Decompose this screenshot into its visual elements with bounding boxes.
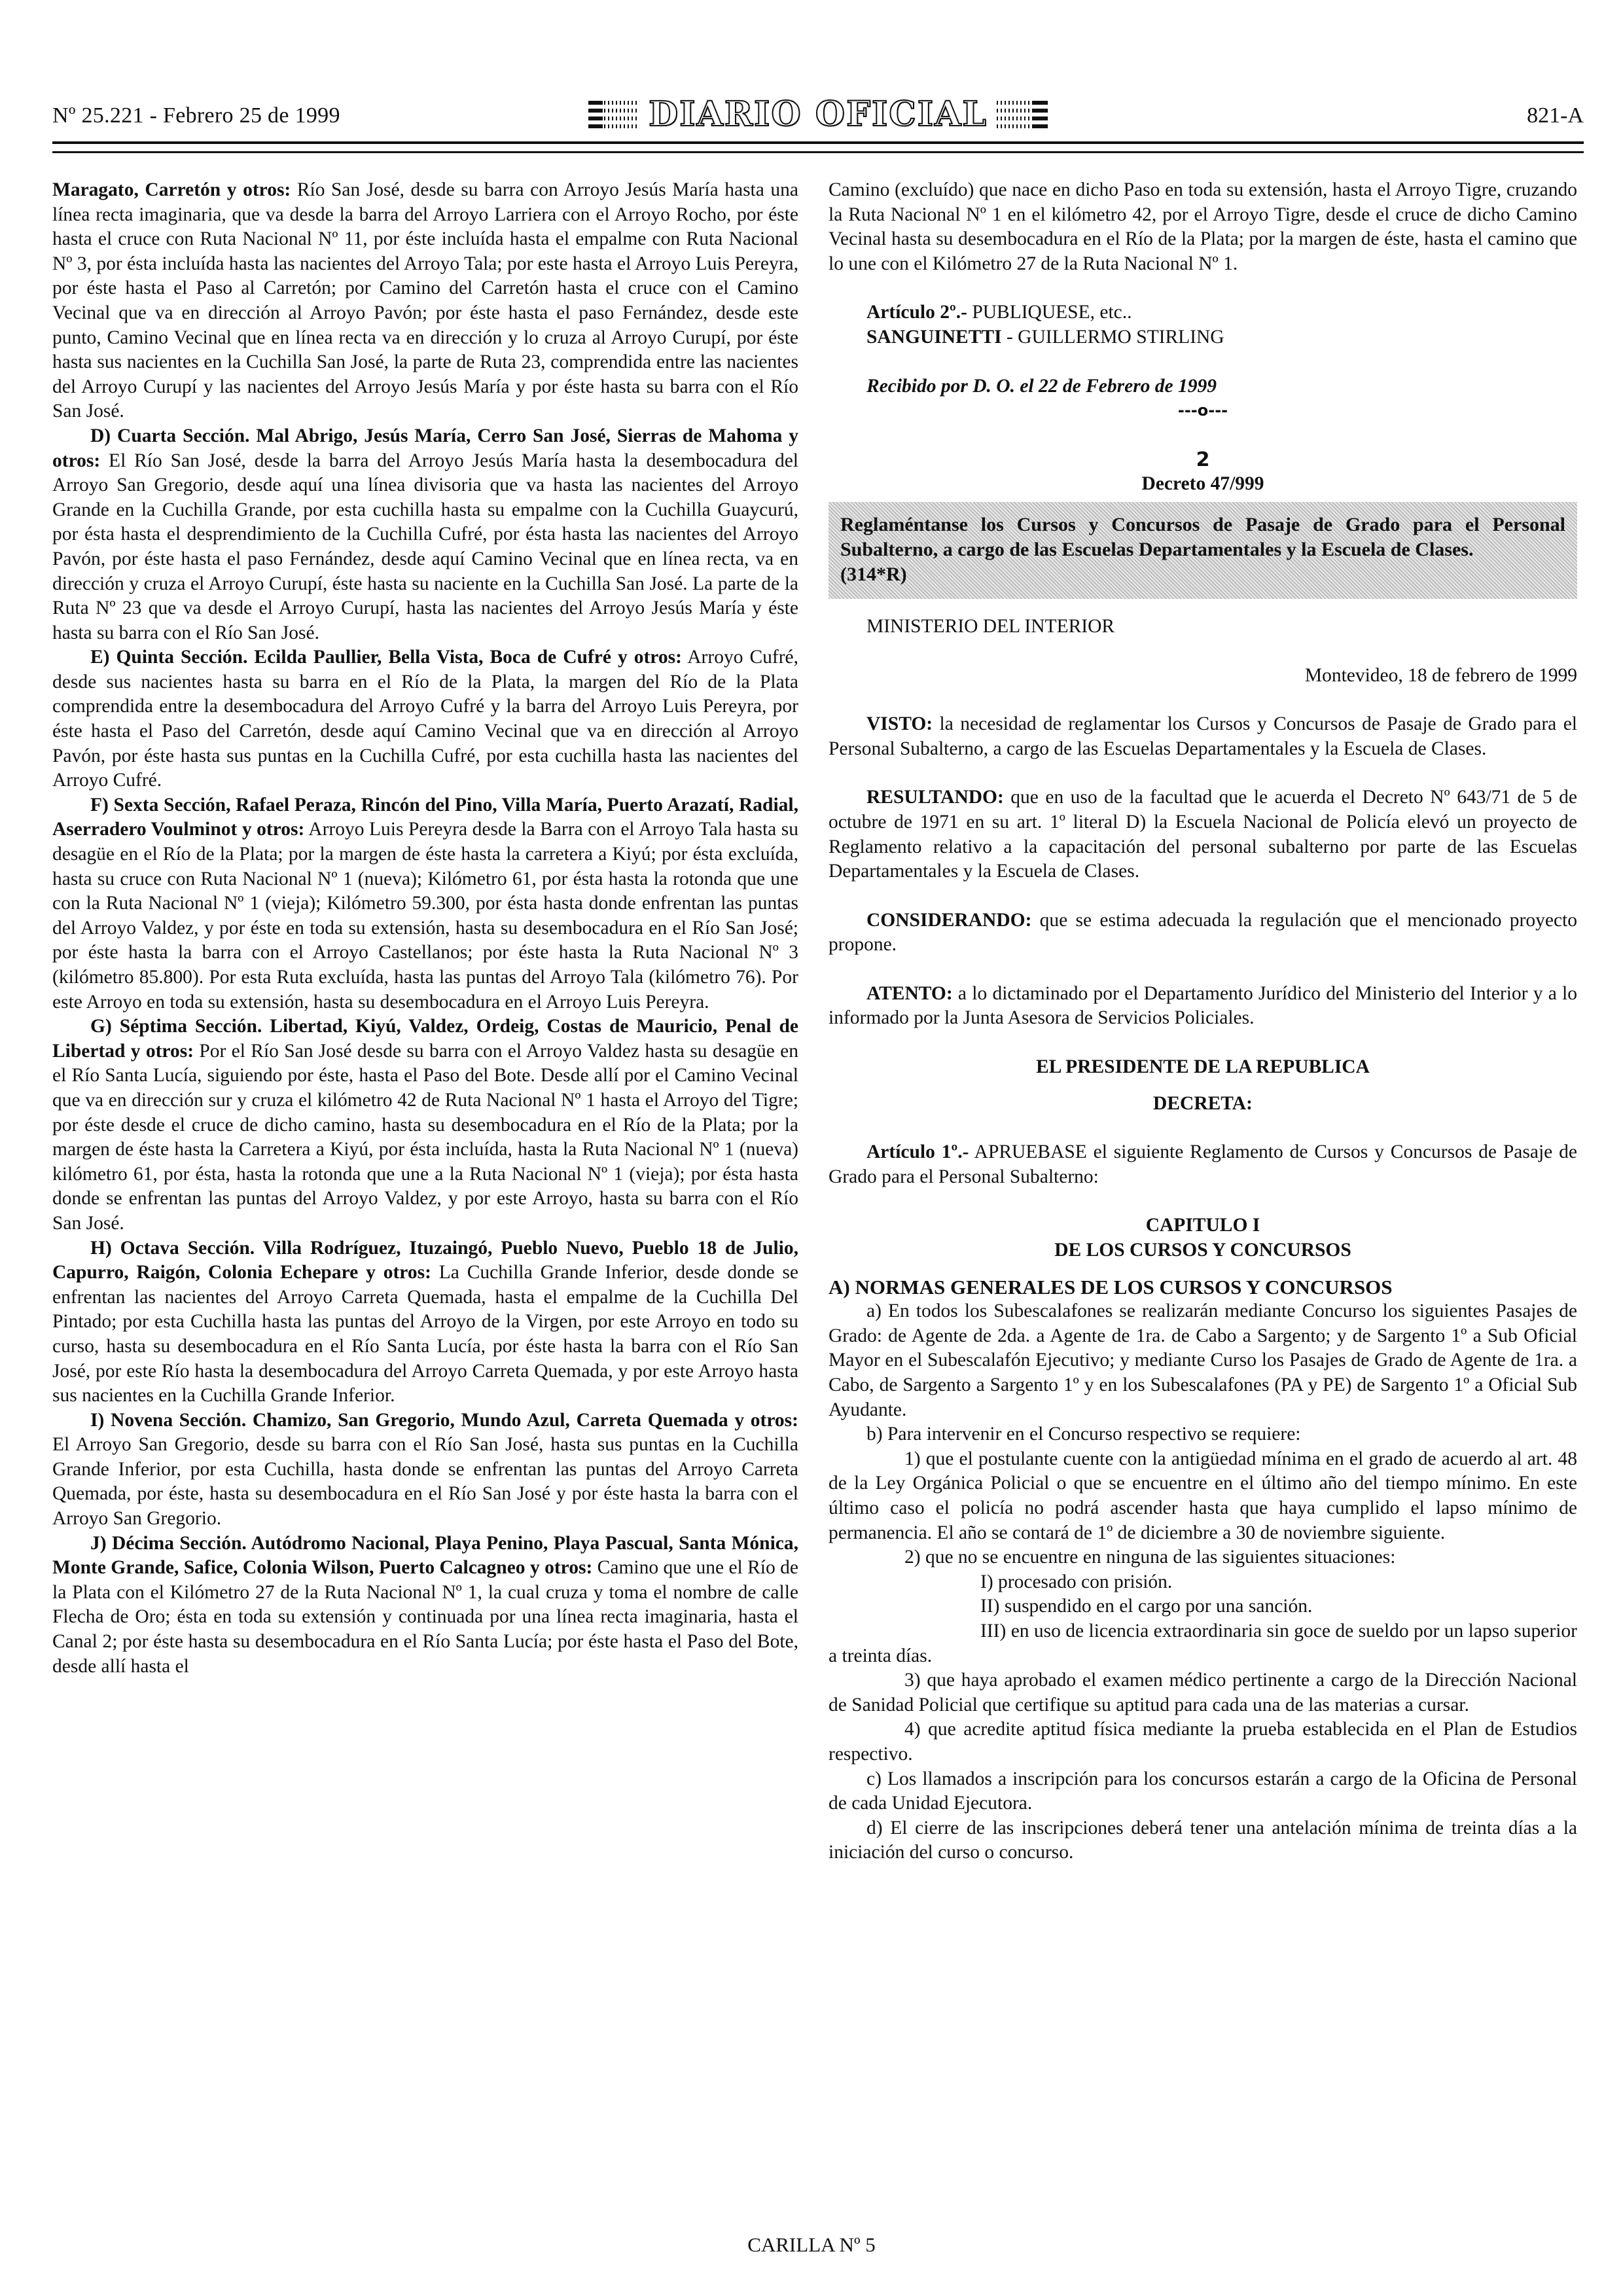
section-body: Río San José, desde su barra con Arroyo … — [52, 179, 798, 422]
section-j-continuation: Camino (excluído) que nace en dicho Paso… — [829, 178, 1577, 276]
section-body: El Arroyo San Gregorio, desde su barra c… — [52, 1434, 798, 1529]
item-d: d) El cierre de las inscripciones deberá… — [829, 1816, 1577, 1865]
requirement-2: 2) que no se encuentre en ninguna de las… — [829, 1545, 1577, 1570]
visto-paragraph: VISTO: la necesidad de reglamentar los C… — [829, 712, 1577, 761]
section-i: I) Novena Sección. Chamizo, San Gregorio… — [52, 1408, 798, 1532]
section-a-heading: A) NORMAS GENERALES DE LOS CURSOS Y CONC… — [829, 1275, 1577, 1300]
decreta-heading: DECRETA: — [829, 1092, 1577, 1117]
signatories: SANGUINETTI - GUILLERMO STIRLING — [829, 325, 1577, 350]
section-c-continuation: Maragato, Carretón y otros: Río San José… — [52, 178, 798, 424]
atento-paragraph: ATENTO: a lo dictaminado por el Departam… — [829, 982, 1577, 1031]
item-b: b) Para intervenir en el Concurso respec… — [829, 1422, 1577, 1447]
separator: ---o--- — [829, 399, 1577, 423]
requirement-3: 3) que haya aprobado el examen médico pe… — [829, 1668, 1577, 1717]
section-body: Por el Río San José desde su barra con e… — [52, 1041, 798, 1234]
section-f: F) Sexta Sección, Rafael Peraza, Rincón … — [52, 793, 798, 1014]
masthead: DIARIO OFICIAL — [588, 94, 1048, 134]
requirement-1: 1) que el postulante cuente con la antig… — [829, 1447, 1577, 1545]
page-number: 821-A — [1527, 103, 1584, 128]
requirement-4: 4) que acredite aptitud física mediante … — [829, 1717, 1577, 1767]
section-e: E) Quinta Sección. Ecilda Paullier, Bell… — [52, 645, 798, 793]
page-header: Nº 25.221 - Febrero 25 de 1999 DIARIO OF… — [52, 98, 1584, 137]
received-note: Recibido por D. O. el 22 de Febrero de 1… — [829, 374, 1577, 399]
visto-label: VISTO: — [866, 713, 933, 734]
item-c: c) Los llamados a inscripción para los c… — [829, 1767, 1577, 1816]
considerando-paragraph: CONSIDERANDO: que se estima adecuada la … — [829, 908, 1577, 958]
decree-summary-box: Reglaméntanse los Cursos y Concursos de … — [829, 502, 1577, 599]
article-body: PUBLIQUESE, etc.. — [967, 302, 1132, 323]
section-heading: I) Novena Sección. Chamizo, San Gregorio… — [90, 1410, 798, 1431]
situation-3: III) en uso de licencia extraordinaria s… — [829, 1619, 1577, 1668]
issue-number-date: Nº 25.221 - Febrero 25 de 1999 — [52, 103, 340, 128]
signatory-minister: - GUILLERMO STIRLING — [1002, 327, 1224, 348]
decree-id: Decreto 47/999 — [829, 472, 1577, 497]
decree-sequence-number: 2 — [829, 448, 1577, 473]
article-label: Artículo 2º.- — [866, 302, 967, 323]
section-heading: Maragato, Carretón y otros: — [52, 179, 291, 200]
situation-2: II) suspendido en el cargo por una sanci… — [829, 1594, 1577, 1619]
section-body: Arroyo Luis Pereyra desde la Barra con e… — [52, 819, 798, 1012]
section-body: El Río San José, desde la barra del Arro… — [52, 450, 798, 643]
decree-summary-code: (314*R) — [840, 562, 1565, 587]
header-rule-thick — [52, 141, 1584, 144]
section-heading: E) Quinta Sección. Ecilda Paullier, Bell… — [90, 647, 682, 668]
ministry: MINISTERIO DEL INTERIOR — [829, 615, 1577, 639]
section-body: La Cuchilla Grande Inferior, desde donde… — [52, 1262, 798, 1406]
article-2: Artículo 2º.- PUBLIQUESE, etc.. — [829, 300, 1577, 325]
masthead-title: DIARIO OFICIAL — [649, 94, 988, 134]
header-rule-thin — [52, 151, 1584, 153]
situation-1: I) procesado con prisión. — [829, 1570, 1577, 1595]
atento-label: ATENTO: — [866, 983, 953, 1004]
president-heading: EL PRESIDENTE DE LA REPUBLICA — [829, 1055, 1577, 1080]
section-g: G) Séptima Sección. Libertad, Kiyú, Vald… — [52, 1014, 798, 1236]
left-column: Maragato, Carretón y otros: Río San José… — [52, 178, 798, 1679]
article-1: Artículo 1º.- APRUEBASE el siguiente Reg… — [829, 1140, 1577, 1189]
chapter-title: DE LOS CURSOS Y CONCURSOS — [829, 1238, 1577, 1263]
decree-summary: Reglaméntanse los Cursos y Concursos de … — [840, 512, 1565, 562]
article-label: Artículo 1º.- — [866, 1141, 969, 1162]
visto-body: la necesidad de reglamentar los Cursos y… — [829, 713, 1577, 759]
masthead-ornament-right-icon — [997, 101, 1048, 128]
resultando-paragraph: RESULTANDO: que en uso de la facultad qu… — [829, 785, 1577, 884]
section-j: J) Décima Sección. Autódromo Nacional, P… — [52, 1532, 798, 1679]
place-date: Montevideo, 18 de febrero de 1999 — [829, 664, 1577, 689]
signatory-president: SANGUINETTI — [866, 327, 1002, 348]
section-d: D) Cuarta Sección. Mal Abrigo, Jesús Mar… — [52, 424, 798, 645]
section-body: Arroyo Cufré, desde sus nacientes hasta … — [52, 647, 798, 791]
chapter-number: CAPITULO I — [829, 1213, 1577, 1238]
masthead-ornament-left-icon — [588, 101, 639, 128]
page-footer-sheet-number: CARILLA Nº 5 — [0, 2233, 1623, 2257]
resultando-label: RESULTANDO: — [866, 787, 1004, 808]
section-h: H) Octava Sección. Villa Rodríguez, Ituz… — [52, 1236, 798, 1408]
considerando-label: CONSIDERANDO: — [866, 910, 1031, 931]
right-column: Camino (excluído) que nace en dicho Paso… — [829, 178, 1577, 1865]
item-a: a) En todos los Subescalafones se realiz… — [829, 1299, 1577, 1422]
